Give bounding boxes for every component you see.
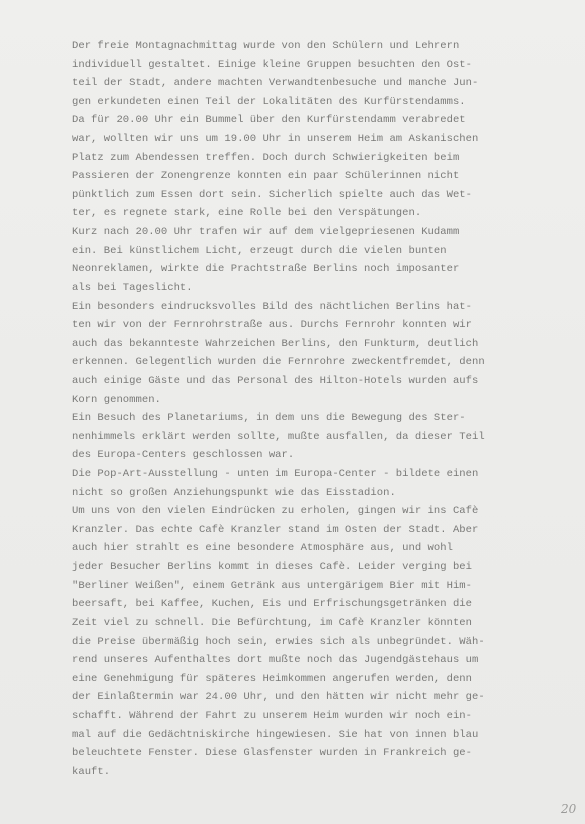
text-line: des Europa-Centers geschlossen war.: [72, 446, 572, 465]
text-line: erkennen. Gelegentlich wurden die Fernro…: [72, 353, 572, 372]
text-line: teil der Stadt, andere machten Verwandte…: [72, 74, 572, 93]
text-line: ein. Bei künstlichem Licht, erzeugt durc…: [72, 242, 572, 261]
text-line: pünktlich zum Essen dort sein. Sicherlic…: [72, 186, 572, 205]
document-page: Der freie Montagnachmittag wurde von den…: [0, 0, 585, 824]
text-line: als bei Tageslicht.: [72, 279, 572, 298]
text-line: auch einige Gäste und das Personal des H…: [72, 372, 572, 391]
text-line: Um uns von den vielen Eindrücken zu erho…: [72, 502, 572, 521]
text-line: nenhimmels erklärt werden sollte, mußte …: [72, 428, 572, 447]
text-line: der Einlaßtermin war 24.00 Uhr, und den …: [72, 688, 572, 707]
text-line: Die Pop-Art-Ausstellung - unten im Europ…: [72, 465, 572, 484]
text-line: ter, es regnete stark, eine Rolle bei de…: [72, 204, 572, 223]
text-line: Da für 20.00 Uhr ein Bummel über den Kur…: [72, 111, 572, 130]
text-line: Neonreklamen, wirkte die Prachtstraße Be…: [72, 260, 572, 279]
text-line: Passieren der Zonengrenze konnten ein pa…: [72, 167, 572, 186]
text-line: Ein Besuch des Planetariums, in dem uns …: [72, 409, 572, 428]
text-line: Zeit viel zu schnell. Die Befürchtung, i…: [72, 614, 572, 633]
text-line: war, wollten wir uns um 19.00 Uhr in uns…: [72, 130, 572, 149]
text-line: auch hier strahlt es eine besondere Atmo…: [72, 539, 572, 558]
text-line: gen erkundeten einen Teil der Lokalitäte…: [72, 93, 572, 112]
typewritten-text-body: Der freie Montagnachmittag wurde von den…: [72, 37, 572, 781]
text-line: rend unseres Aufenthaltes dort mußte noc…: [72, 651, 572, 670]
text-line: jeder Besucher Berlins kommt in dieses C…: [72, 558, 572, 577]
text-line: Kurz nach 20.00 Uhr trafen wir auf dem v…: [72, 223, 572, 242]
text-line: Der freie Montagnachmittag wurde von den…: [72, 37, 572, 56]
text-line: kauft.: [72, 763, 572, 782]
text-line: nicht so großen Anziehungspunkt wie das …: [72, 484, 572, 503]
text-line: Kranzler. Das echte Cafè Kranzler stand …: [72, 521, 572, 540]
text-line: beersaft, bei Kaffee, Kuchen, Eis und Er…: [72, 595, 572, 614]
page-number: 20: [561, 802, 576, 816]
text-line: die Preise übermäßig hoch sein, erwies s…: [72, 633, 572, 652]
text-line: schafft. Während der Fahrt zu unserem He…: [72, 707, 572, 726]
text-line: mal auf die Gedächtniskirche hingewiesen…: [72, 726, 572, 745]
text-line: Ein besonders eindrucksvolles Bild des n…: [72, 298, 572, 317]
text-line: eine Genehmigung für späteres Heimkommen…: [72, 670, 572, 689]
text-line: beleuchtete Fenster. Diese Glasfenster w…: [72, 744, 572, 763]
text-line: auch das bekannteste Wahrzeichen Berlins…: [72, 335, 572, 354]
text-line: ten wir von der Fernrohrstraße aus. Durc…: [72, 316, 572, 335]
text-line: individuell gestaltet. Einige kleine Gru…: [72, 56, 572, 75]
text-line: Korn genommen.: [72, 391, 572, 410]
text-line: Platz zum Abendessen treffen. Doch durch…: [72, 149, 572, 168]
text-line: "Berliner Weißen", einem Getränk aus unt…: [72, 577, 572, 596]
